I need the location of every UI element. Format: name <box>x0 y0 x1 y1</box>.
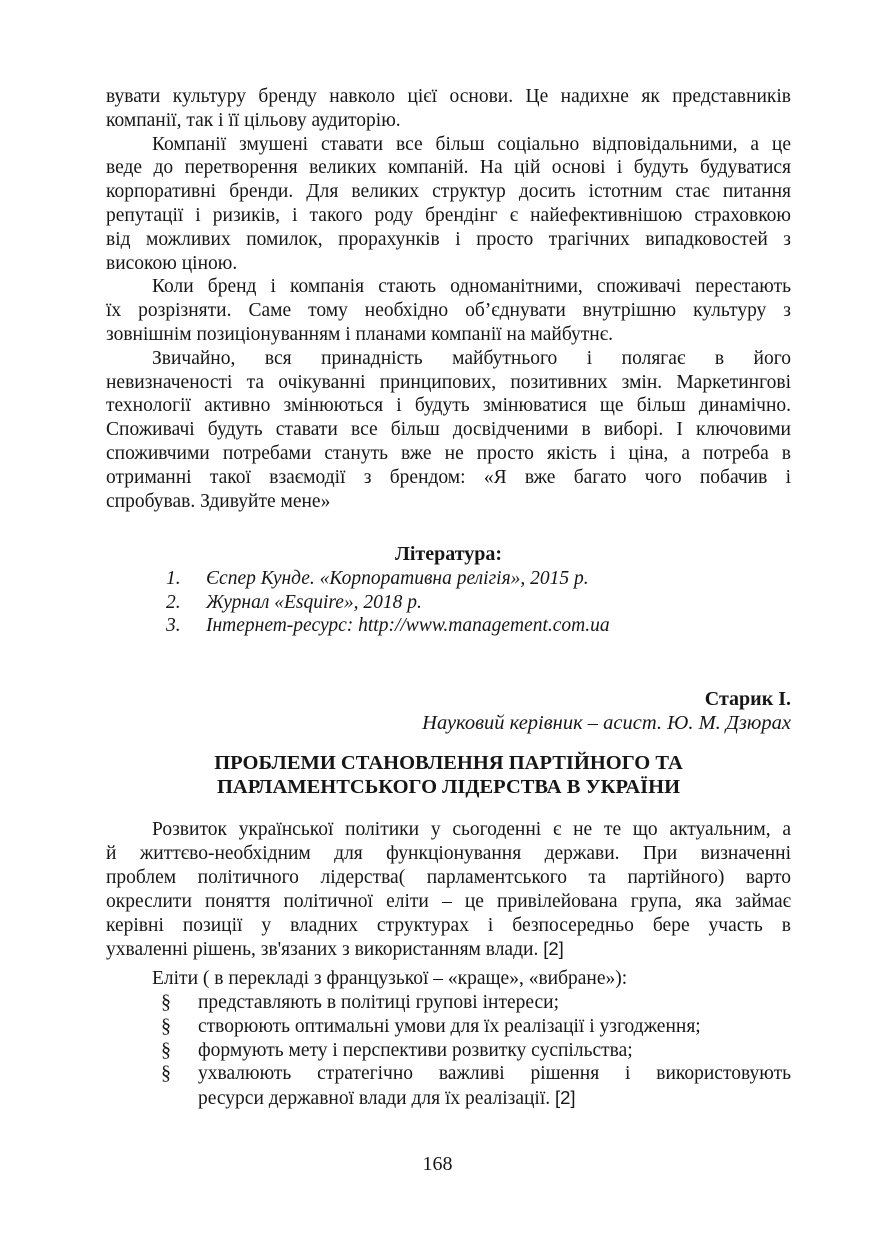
elites-intro-paragraph: Еліти ( в перекладі з французької – «кра… <box>106 967 791 991</box>
text-line: невизначеності та очікуванні принципових… <box>106 371 791 395</box>
literature-item-number: 2. <box>166 591 206 614</box>
elites-bullet-list: §представляють в політиці групові інтере… <box>106 991 791 1111</box>
article2-title: ПРОБЛЕМИ СТАНОВЛЕННЯ ПАРТІЙНОГО ТА ПАРЛА… <box>106 752 791 799</box>
text-line: Компанії змушені ставати все більш соціа… <box>106 133 791 157</box>
bullet-item: §створюють оптимальні умови для їх реалі… <box>106 1015 791 1039</box>
text-line: від можливих помилок, прорахунків і прос… <box>106 228 791 252</box>
section-bullet-icon: § <box>161 1015 171 1039</box>
supervisor-line: Науковий керівник – асист. Ю. М. Дзюрах <box>106 711 791 735</box>
paragraph: вувати культуру бренду навколо цієї осно… <box>106 85 791 133</box>
paragraph: Компанії змушені ставати все більш соціа… <box>106 133 791 276</box>
literature-item: 3.Інтернет-ресурс: http://www.management… <box>166 614 791 637</box>
text-line: зовнішнім позиціонуванням і планами комп… <box>106 323 791 347</box>
document-page: вувати культуру бренду навколо цієї осно… <box>0 0 875 1240</box>
literature-item-number: 1. <box>166 567 206 590</box>
text-line: окреслити поняття політичної еліти – це … <box>106 890 791 914</box>
text-line: вувати культуру бренду навколо цієї осно… <box>106 85 791 109</box>
section-bullet-icon: § <box>161 1039 171 1063</box>
article1-body: вувати культуру бренду навколо цієї осно… <box>106 85 791 513</box>
text-line: спробував. Здивуйте мене» <box>106 490 791 514</box>
text-line: отриманні такої взаємодії з брендом: «Я … <box>106 466 791 490</box>
article2-title-line-1: ПРОБЛЕМИ СТАНОВЛЕННЯ ПАРТІЙНОГО ТА <box>106 752 791 776</box>
literature-list: 1.Єспер Кунде. «Корпоративна релігія», 2… <box>106 567 791 637</box>
paragraph: Розвиток української політики у сьогоден… <box>106 818 791 962</box>
literature-heading: Література: <box>106 543 791 567</box>
text-line: ухваленні рішень, зв'язаних з використан… <box>106 937 791 962</box>
literature-item-text: Інтернет-ресурс: http://www.management.c… <box>206 614 610 637</box>
text-line: ухвалюють стратегічно важливі рішення і … <box>198 1062 791 1086</box>
article2-body: Розвиток української політики у сьогоден… <box>106 818 791 962</box>
paragraph: Еліти ( в перекладі з французької – «кра… <box>106 967 791 991</box>
text-line: технології активно змінюються і будуть з… <box>106 394 791 418</box>
text-line: Звичайно, вся принадність майбутнього і … <box>106 347 791 371</box>
text-line: представляють в політиці групові інтерес… <box>198 991 791 1015</box>
paragraph: Коли бренд і компанія стають одноманітни… <box>106 275 791 346</box>
literature-item-text: Єспер Кунде. «Корпоративна релігія», 201… <box>206 567 589 590</box>
literature-item: 2.Журнал «Esquire», 2018 р. <box>166 591 791 614</box>
article2-title-line-2: ПАРЛАМЕНТСЬКОГО ЛІДЕРСТВА В УКРАЇНИ <box>106 776 791 800</box>
bullet-item: §формують мету і перспективи розвитку су… <box>106 1039 791 1063</box>
bullet-item: §представляють в політиці групові інтере… <box>106 991 791 1015</box>
page-number: 168 <box>0 1153 875 1176</box>
literature-item-text: Журнал «Esquire», 2018 р. <box>206 591 422 614</box>
bullet-item: §ухвалюють стратегічно важливі рішення і… <box>106 1062 791 1111</box>
text-line: ресурси державної влади для їх реалізаці… <box>198 1086 791 1111</box>
citation-ref: [2] <box>555 1087 576 1108</box>
text-line: компанії, так і її цільову аудиторію. <box>106 109 791 133</box>
text-line: Коли бренд і компанія стають одноманітни… <box>106 275 791 299</box>
paragraph: Звичайно, вся принадність майбутнього і … <box>106 347 791 514</box>
literature-item-number: 3. <box>166 614 206 637</box>
text-column: вувати культуру бренду навколо цієї осно… <box>106 85 791 1111</box>
literature-item: 1.Єспер Кунде. «Корпоративна релігія», 2… <box>166 567 791 590</box>
author-name: Старик І. <box>106 687 791 711</box>
text-line: Розвиток української політики у сьогоден… <box>106 818 791 842</box>
text-line: їх розрізняти. Саме тому необхідно об’єд… <box>106 299 791 323</box>
text-line: формують мету і перспективи розвитку сус… <box>198 1039 791 1063</box>
text-line: високою ціною. <box>106 252 791 276</box>
text-line: створюють оптимальні умови для їх реаліз… <box>198 1015 791 1039</box>
text-line: веде до перетворення великих компаній. Н… <box>106 156 791 180</box>
text-line: Споживачі будуть ставати все більш досві… <box>106 418 791 442</box>
text-line: проблем політичного лідерства( парламент… <box>106 866 791 890</box>
text-line: репутації і ризиків, і такого роду бренд… <box>106 204 791 228</box>
section-bullet-icon: § <box>161 991 171 1015</box>
text-line: споживчими потребами стануть вже не прос… <box>106 442 791 466</box>
text-line: й життєво-необхідним для функціонування … <box>106 842 791 866</box>
citation-ref: [2] <box>543 938 564 959</box>
section-bullet-icon: § <box>161 1062 171 1086</box>
text-line: керівні позиції у владних структурах і б… <box>106 914 791 938</box>
text-line: корпоративні бренди. Для великих структу… <box>106 180 791 204</box>
text-line: Еліти ( в перекладі з французької – «кра… <box>106 967 791 991</box>
